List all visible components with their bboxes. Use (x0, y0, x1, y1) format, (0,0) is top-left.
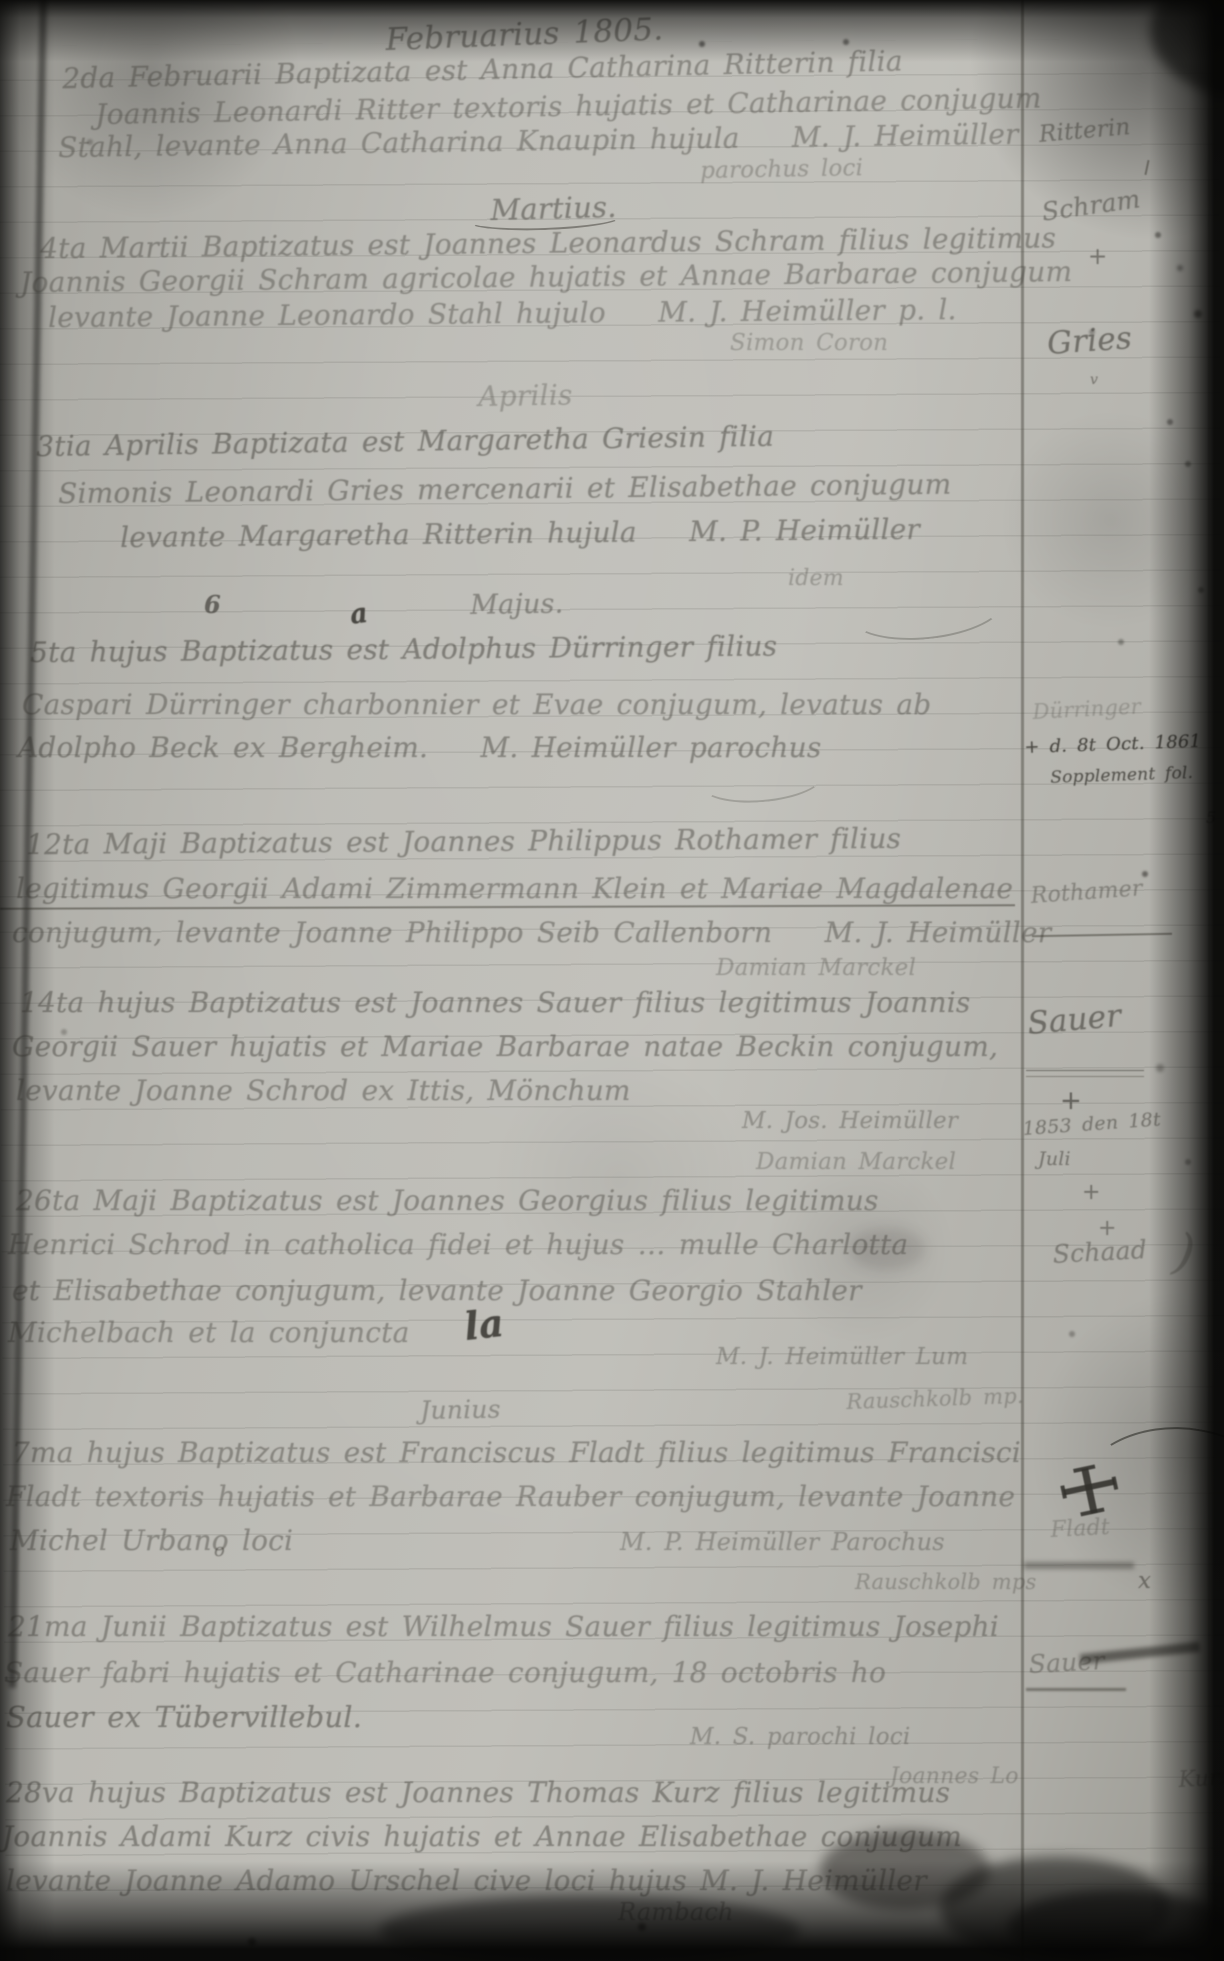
stray-mark-o: o (214, 1540, 225, 1561)
entry-line: Georgii Sauer hujatis et Mariae Barbarae… (12, 1030, 998, 1063)
x-mark: x (1138, 1568, 1151, 1594)
entry-line: M. Jos. Heimüller (742, 1108, 958, 1134)
cross-mark: + (1082, 1180, 1101, 1205)
entry-line: Simon Coron (730, 330, 888, 356)
arrow-mark: v (1090, 372, 1098, 388)
entry-line: M. P. Heimüller Parochus (620, 1528, 945, 1556)
entry-line: 28va hujus Baptizatus est Joannes Thomas… (6, 1776, 950, 1809)
margin-smudge (1024, 1562, 1134, 1569)
entry-line: Adolpho Beck ex Bergheim. M. Heimüller p… (18, 731, 821, 764)
margin-rule-line (1021, 0, 1024, 1961)
entry-line: parochus loci (700, 155, 863, 184)
register-page-scan: Februarius 1805. 2da Februarii Baptizata… (0, 0, 1224, 1961)
margin-name-gries: Gries (1046, 320, 1133, 362)
entry-line: Michel Urbano loci (10, 1524, 293, 1557)
entry-line: conjugum, levante Joanne Philippo Seib C… (12, 916, 1051, 949)
edge-rule-line (1208, 0, 1210, 1961)
entry-line: Damian Marckel (716, 955, 916, 981)
margin-name-fladt: Fladt (1050, 1515, 1111, 1543)
entry-line: Michelbach et la conjuncta (8, 1316, 410, 1349)
month-header-april: Aprilis (478, 378, 573, 413)
stray-mark-six: 6 (204, 590, 221, 619)
dark-ink-blot-la: la (462, 1300, 506, 1349)
margin-name-schaad: Schaad (1052, 1235, 1148, 1269)
entry-line: Damian Marckel (756, 1149, 956, 1175)
margin-name-kurz: Kurz (1178, 1765, 1224, 1793)
age-stain (380, 1896, 800, 1961)
entry-line: legitimus Georgii Adami Zimmermann Klein… (16, 872, 1013, 905)
entry-line: idem (788, 566, 844, 591)
entry-line: Sauer fabri hujatis et Catharinae conjug… (4, 1656, 886, 1689)
entry-line: 5ta hujus Baptizatus est Adolphus Dürrin… (30, 629, 777, 669)
entry-line: Caspari Dürringer charbonnier et Evae co… (22, 688, 931, 721)
entry-line: 7ma hujus Baptizatus est Franciscus Flad… (12, 1436, 1021, 1469)
entry-line: 12ta Maji Baptizatus est Joannes Philipp… (26, 822, 901, 861)
entry-line: Henrici Schrod in catholica fidei et huj… (8, 1228, 908, 1261)
foxing-specks (0, 0, 4, 4)
age-stain (1008, 1890, 1224, 1961)
entry-line: 14ta hujus Baptizatus est Joannes Sauer … (20, 986, 970, 1019)
month-header-may: Majus. (470, 588, 564, 621)
stray-mark-a: a (348, 598, 370, 631)
entry-line: Sauer ex Tübervillebul. (6, 1700, 362, 1734)
entry-line: Joannes Lo (890, 1764, 1019, 1789)
entry-line: Joannis Adami Kurz civis hujatis et Anna… (2, 1820, 962, 1853)
month-header-june: Junius (420, 1395, 501, 1425)
entry-line: levante Joanne Adamo Urschel cive loci h… (6, 1864, 927, 1897)
faint-stain (850, 1228, 925, 1270)
margin-death-month: Juli (1038, 1148, 1071, 1170)
entry-line: M. S. parochi loci (690, 1724, 910, 1750)
entry-line: et Elisabethae conjugum, levante Joanne … (12, 1274, 862, 1307)
entry-line: M. J. Heimüller Lum (716, 1344, 968, 1370)
cross-mark: + (1060, 1086, 1082, 1116)
margin-underline (1026, 1688, 1126, 1691)
entry-line: Rauschkolb mps (855, 1570, 1037, 1594)
entry-line: levante Joanne Schrod ex Ittis, Mönchum (16, 1074, 631, 1107)
entry-line: Fladt textoris hujatis et Barbarae Raube… (6, 1480, 1015, 1513)
entry-line: 21ma Junii Baptizatus est Wilhelmus Saue… (8, 1610, 999, 1643)
entry-line: 26ta Maji Baptizatus est Joannes Georgiu… (16, 1184, 879, 1217)
cross-mark: + (1088, 244, 1107, 270)
margin-double-underline (1026, 1070, 1144, 1077)
margin-digit: 5 (1206, 808, 1216, 827)
